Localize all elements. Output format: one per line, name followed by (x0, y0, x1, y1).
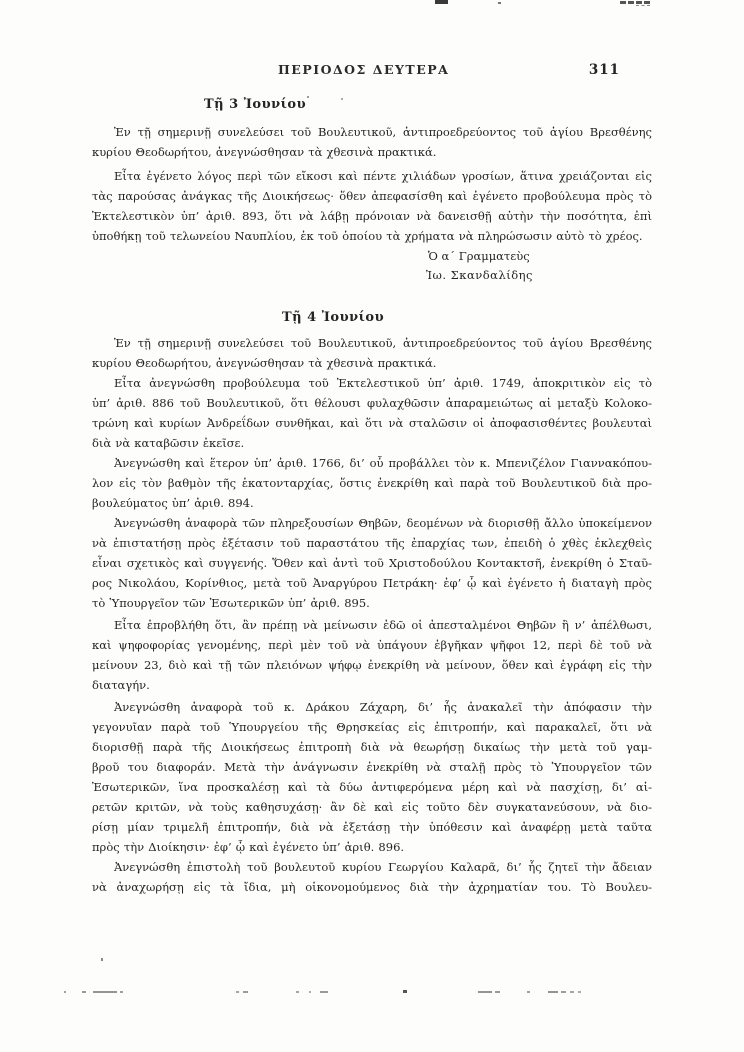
text-line: νὰ ἀναχωρήσῃ εἰς τὰ ἴδια, μὴ οἰκονομούμε… (92, 877, 652, 897)
scan-artifact (236, 991, 239, 993)
scan-artifact (296, 991, 299, 993)
text-line: ρετῶν κριτῶν, νὰ τοὺς καθησυχάσῃ· ἂν δὲ … (92, 797, 652, 817)
text-line: τρώνη καὶ κυρίων Ἀνδρεΐδων συνθῆκαι, καὶ… (92, 413, 652, 433)
text-line: Ἐκτελεστικὸν ὑπ’ ἀριθ. 893, ὅτι νὰ λάβῃ … (92, 206, 652, 226)
scan-artifact (120, 991, 123, 993)
scan-artifact (570, 991, 574, 993)
paragraph: Ἐν τῇ σημερινῇ συνελεύσει τοῦ Βουλευτικο… (92, 122, 652, 162)
scan-artifact (620, 1, 650, 4)
text-line: μείνουν 23, διὸ καὶ τῇ τῶν πλειόνων ψήφῳ… (92, 655, 652, 675)
scan-artifact (435, 0, 448, 4)
scan-artifact (64, 991, 66, 993)
scan-artifact (309, 991, 311, 993)
text-line: εἶναι σχετικὸς καὶ συγγενής. Ὅθεν καὶ ἀν… (92, 553, 652, 573)
text-line: Ἀνεγνώσθη ἐπιστολὴ τοῦ βουλευτοῦ κυρίου … (92, 857, 652, 877)
scan-artifact (93, 991, 117, 993)
text-line: τὸ Ὑπουργεῖον τῶν Ἐσωτερικῶν ὑπ’ ἀριθ. 8… (92, 593, 652, 613)
running-title: ΠΕΡΙΟΔΟΣ ΔΕΥΤΕΡΑ (278, 62, 449, 77)
text-line: Ἐν τῇ σημερινῇ συνελεύσει τοῦ Βουλευτικο… (92, 333, 652, 353)
session-heading-june-3: Τῇ 3 Ἰουνίου (204, 96, 652, 114)
text-line: καὶ ψηφοφορίας γενομένης, περὶ μὲν τοῦ ν… (92, 635, 652, 655)
paragraph: Ἀνεγνώσθη καὶ ἕτερον ὑπ’ ἀριθ. 1766, δι’… (92, 453, 652, 513)
scan-artifact (82, 991, 86, 993)
text-line: Ἐν τῇ σημερινῇ συνελεύσει τοῦ Βουλευτικο… (92, 122, 652, 142)
signature-role: Ὁ α΄ Γραμματεὺς (428, 247, 652, 266)
page-header: ΠΕΡΙΟΔΟΣ ΔΕΥΤΕΡΑ 311 (92, 62, 652, 80)
paragraph: Ἀνεγνώσθη ἐπιστολὴ τοῦ βουλευτοῦ κυρίου … (92, 857, 652, 897)
text-line: Ἀνεγνώσθη καὶ ἕτερον ὑπ’ ἀριθ. 1766, δι’… (92, 453, 652, 473)
text-line: βουλεύματος ὑπ’ ἀριθ. 894. (92, 493, 652, 513)
scan-artifact (320, 991, 328, 993)
text-line: βροῦ του διαφοράν. Μετὰ τὴν ἀνάγνωσιν ἐν… (92, 757, 652, 777)
scan-artifact (548, 991, 558, 993)
scan-artifact (498, 2, 501, 4)
scan-artifact (307, 96, 309, 98)
paragraph: Ἀνεγνώσθη ἀναφορὰ τῶν πληρεξουσίων Θηβῶν… (92, 513, 652, 613)
text-line: διαταγήν. (92, 675, 652, 695)
text-line: πρὸς τὴν Διοίκησιν· ἐφ’ ᾧ καὶ ἐγένετο ὑπ… (92, 837, 652, 857)
text-line: γεγονυῖαν παρὰ τοῦ Ὑπουργείου τῆς Θρησκε… (92, 717, 652, 737)
text-line: ρος Νικολάου, Κορίνθιος, μετὰ τοῦ Ἀναργύ… (92, 573, 652, 593)
scan-artifact (636, 5, 650, 6)
scan-artifact (403, 990, 407, 993)
paragraph: Εἶτα ἀνεγνώσθη προβούλευμα τοῦ Ἐκτελεστι… (92, 373, 652, 453)
text-line: λον εἰς τὸν βαθμὸν τῆς ἑκατονταρχίας, ὅσ… (92, 473, 652, 493)
text-line: Εἶτα ἐγένετο λόγος περὶ τῶν εἴκοσι καὶ π… (92, 166, 652, 186)
signature-name: Ἰω. Σκανδαλίδης (426, 266, 652, 285)
scan-artifact (578, 991, 581, 993)
signature-block: Ὁ α΄ Γραμματεὺς Ἰω. Σκανδαλίδης (428, 247, 652, 285)
text-line: Ἀνεγνώσθη ἀναφορὰ τῶν πληρεξουσίων Θηβῶν… (92, 513, 652, 533)
text-line: Εἶτα ἀνεγνώσθη προβούλευμα τοῦ Ἐκτελεστι… (92, 373, 652, 393)
session-heading-june-4: Τῇ 4 Ἰουνίου (282, 309, 652, 327)
scan-artifact (101, 958, 103, 961)
paragraph: Ἐν τῇ σημερινῇ συνελεύσει τοῦ Βουλευτικο… (92, 333, 652, 373)
text-line: Ἐσωτερικῶν, ἵνα προσκαλέσῃ καὶ τὰ δύω ἀν… (92, 777, 652, 797)
scan-artifact (561, 991, 566, 993)
paragraph: Εἶτα ἐπροβλήθη ὅτι, ἂν πρέπῃ νὰ μείνωσιν… (92, 615, 652, 695)
scan-artifact (243, 991, 248, 993)
scan-artifact (495, 991, 500, 993)
scan-artifact (527, 991, 530, 993)
text-line: νὰ ἐπιστατήσῃ πρὸς ἐξέτασιν τοῦ παραστάτ… (92, 533, 652, 553)
scanned-document-page: { "page": { "running_title": "ΠΕΡΙΟΔΟΣ Δ… (0, 0, 744, 1052)
scan-artifact (478, 991, 492, 993)
text-line: κυρίου Θεοδωρήτου, ἀνεγνώσθησαν τὰ χθεσι… (92, 353, 652, 373)
text-line: ρίσῃ μίαν τριμελῆ ἐπιτροπήν, διὰ νὰ ἐξετ… (92, 817, 652, 837)
text-line: ὑπ’ ἀριθ. 886 τοῦ Βουλευτικοῦ, ὅτι θέλου… (92, 393, 652, 413)
paragraph: Ἀνεγνώσθη ἀναφορὰ τοῦ κ. Δράκου Ζάχαρη, … (92, 697, 652, 857)
text-line: Ἀνεγνώσθη ἀναφορὰ τοῦ κ. Δράκου Ζάχαρη, … (92, 697, 652, 717)
scan-artifact (341, 98, 343, 100)
paragraph: Εἶτα ἐγένετο λόγος περὶ τῶν εἴκοσι καὶ π… (92, 166, 652, 246)
page-number: 311 (589, 62, 620, 78)
text-line: διορισθῇ παρὰ τῆς Διοικήσεως ἐπιτροπὴ δι… (92, 737, 652, 757)
text-line: Εἶτα ἐπροβλήθη ὅτι, ἂν πρέπῃ νὰ μείνωσιν… (92, 615, 652, 635)
text-line: ὑποθήκῃ τοῦ τελωνείου Ναυπλίου, ἐκ τοῦ ὁ… (92, 226, 652, 246)
page-text-block: ΠΕΡΙΟΔΟΣ ΔΕΥΤΕΡΑ 311 Τῇ 3 Ἰουνίου Ἐν τῇ … (92, 0, 652, 897)
text-line: διὰ νὰ καταβῶσιν ἐκεῖσε. (92, 433, 652, 453)
text-line: κυρίου Θεοδωρήτου, ἀνεγνώσθησαν τὰ χθεσι… (92, 142, 652, 162)
text-line: τὰς παρούσας ἀνάγκας τῆς Διοικήσεως· ὅθε… (92, 186, 652, 206)
